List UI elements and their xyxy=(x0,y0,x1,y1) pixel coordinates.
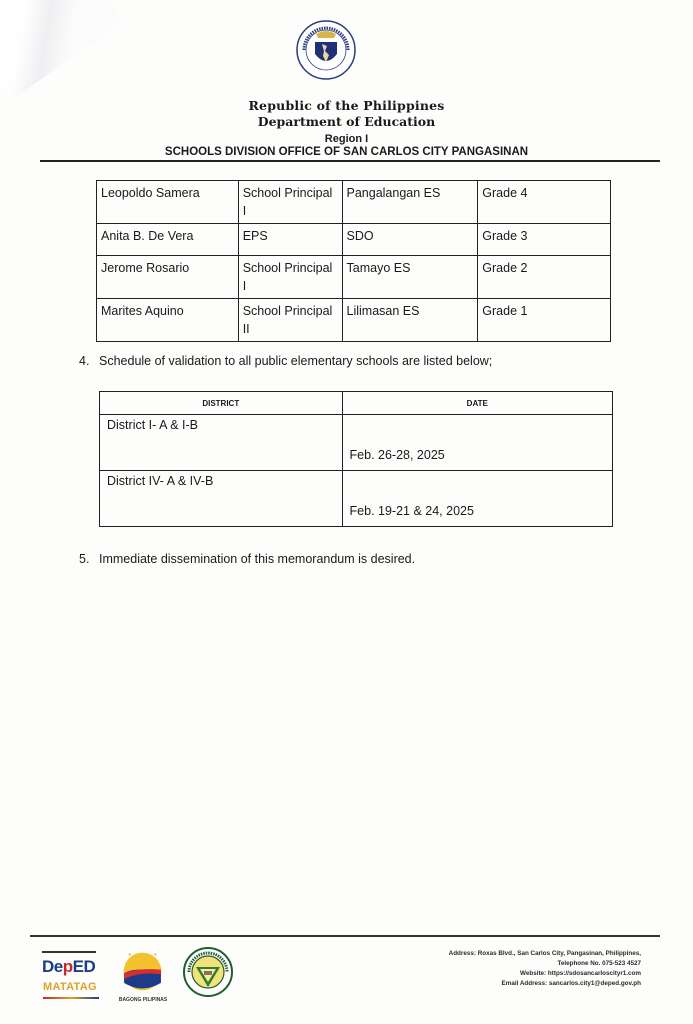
staff-position: EPS xyxy=(238,224,342,256)
staff-school: Lilimasan ES xyxy=(342,299,478,342)
header-divider xyxy=(40,160,660,162)
item-text: Schedule of validation to all public ele… xyxy=(99,354,492,368)
staff-school: Tamayo ES xyxy=(342,256,478,299)
footer-divider xyxy=(30,935,660,937)
table-row: District I- A & I-B Feb. 26-28, 2025 xyxy=(100,415,613,471)
contact-block: Address: Roxas Blvd., San Carlos City, P… xyxy=(449,949,641,989)
deped-matatag-logo: DepED MATATAG xyxy=(40,945,102,1005)
table-row: Leopoldo Samera School Principal I Panga… xyxy=(97,181,611,224)
staff-name: Jerome Rosario xyxy=(97,256,239,299)
bagong-pilipinas-logo: BAGONG PILIPINAS xyxy=(115,945,170,1007)
table-row: District IV- A & IV-B Feb. 19-21 & 24, 2… xyxy=(100,471,613,527)
date-column-header: DATE xyxy=(342,392,612,415)
staff-grade: Grade 4 xyxy=(478,181,611,224)
bagong-pilipinas-icon xyxy=(115,945,170,997)
footer-logos: DepED MATATAG BAGONG PILIPINAS xyxy=(40,945,240,1010)
staff-position: School Principal I xyxy=(238,181,342,224)
date-cell: Feb. 26-28, 2025 xyxy=(342,415,612,471)
page-curl-shadow xyxy=(0,0,123,102)
table-row: Jerome Rosario School Principal I Tamayo… xyxy=(97,256,611,299)
department-title: Department of Education xyxy=(0,114,693,129)
item-number: 5. xyxy=(79,552,99,566)
district-cell: District IV- A & IV-B xyxy=(100,471,343,527)
table-row: Anita B. De Vera EPS SDO Grade 3 xyxy=(97,224,611,256)
staff-grade: Grade 2 xyxy=(478,256,611,299)
staff-name: Anita B. De Vera xyxy=(97,224,239,256)
staff-position: School Principal II xyxy=(238,299,342,342)
staff-grade: Grade 1 xyxy=(478,299,611,342)
sdo-seal-icon xyxy=(183,947,233,997)
memo-item-4: 4.Schedule of validation to all public e… xyxy=(79,354,492,368)
table-row: Marites Aquino School Principal II Lilim… xyxy=(97,299,611,342)
email-line: Email Address: sancarlos.city1@deped.gov… xyxy=(449,979,641,989)
staff-school: SDO xyxy=(342,224,478,256)
table-header-row: DISTRICT DATE xyxy=(100,392,613,415)
staff-name: Leopoldo Samera xyxy=(97,181,239,224)
memo-item-5: 5.Immediate dissemination of this memora… xyxy=(79,552,415,566)
staff-position: School Principal I xyxy=(238,256,342,299)
staff-school: Pangalangan ES xyxy=(342,181,478,224)
region-label: Region I xyxy=(0,133,693,145)
district-cell: District I- A & I-B xyxy=(100,415,343,471)
republic-title: Republic of the Philippines xyxy=(0,98,693,113)
website-line: Website: https://sdosancarloscityr1.com xyxy=(449,969,641,979)
item-number: 4. xyxy=(79,354,99,368)
staff-name: Marites Aquino xyxy=(97,299,239,342)
validation-schedule-table: DISTRICT DATE District I- A & I-B Feb. 2… xyxy=(99,391,613,527)
deped-seal-icon xyxy=(296,20,356,80)
bagong-pilipinas-label: BAGONG PILIPINAS xyxy=(113,997,173,1003)
telephone-line: Telephone No. 075-523 4527 xyxy=(449,959,641,969)
staff-grade: Grade 3 xyxy=(478,224,611,256)
staff-assignment-table: Leopoldo Samera School Principal I Panga… xyxy=(96,180,611,342)
matatag-wordmark: MATATAG xyxy=(43,981,97,993)
address-line: Address: Roxas Blvd., San Carlos City, P… xyxy=(449,949,641,959)
item-text: Immediate dissemination of this memorand… xyxy=(99,552,415,566)
date-cell: Feb. 19-21 & 24, 2025 xyxy=(342,471,612,527)
district-column-header: DISTRICT xyxy=(100,392,343,415)
deped-wordmark: DepED xyxy=(42,957,95,977)
division-office-title: SCHOOLS DIVISION OFFICE OF SAN CARLOS CI… xyxy=(0,146,693,158)
